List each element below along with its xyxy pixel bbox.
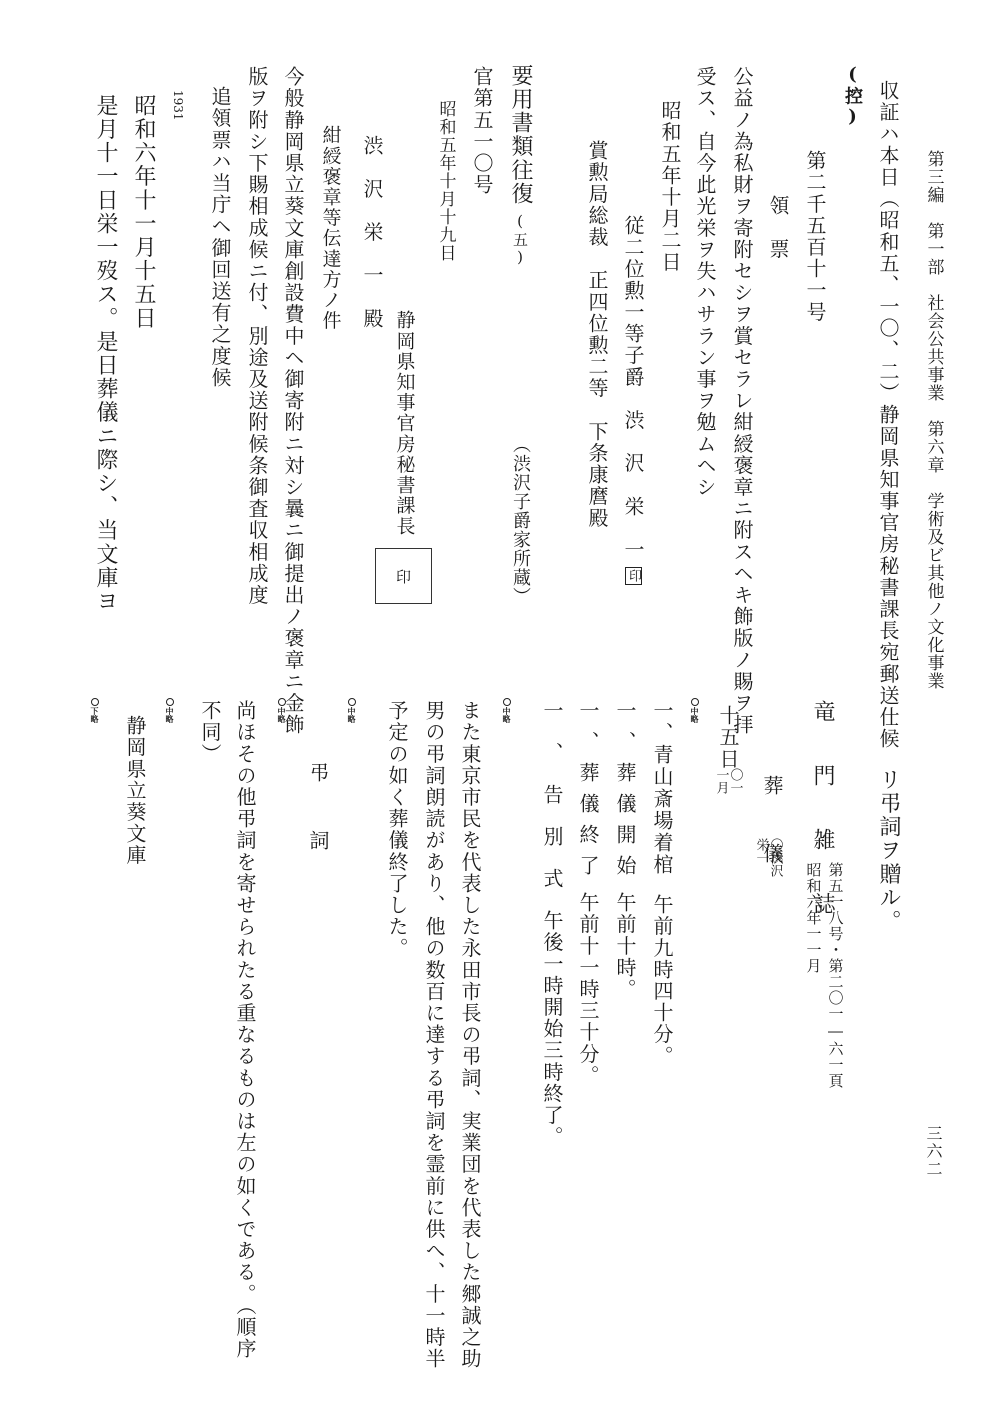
seal-stamp-icon: 印 bbox=[625, 567, 642, 586]
letter-addressee: 渋 沢 栄 一 殿 bbox=[362, 135, 382, 329]
circle-icon bbox=[691, 698, 699, 706]
omission-mark-end: 下略 bbox=[91, 698, 99, 723]
report-body-line: 男の弔詞朗読があり、他の数百に達する弔詞を霊前に供へ、十一時半 bbox=[424, 700, 444, 1370]
running-head: 第三編 第一部 社会公共事業 第六章 学術及ビ其他ノ文化事業 bbox=[925, 150, 942, 690]
funeral-note-right: 〇渋沢 bbox=[769, 838, 782, 877]
letter-subject: 紺綬褒章等伝達方ノ件 bbox=[321, 125, 340, 331]
omission-mark: 中略 bbox=[691, 698, 699, 723]
entry-text-continued: リ弔詞ヲ贈ル。 bbox=[877, 768, 899, 933]
schedule-item: 一、告別式 bbox=[540, 700, 564, 910]
page-number: 三六二 bbox=[925, 1125, 941, 1178]
omission-mark: 中略 bbox=[348, 698, 356, 723]
day-label: 十五日 bbox=[718, 705, 738, 770]
circle-icon bbox=[348, 698, 356, 706]
copy-mark: (控) bbox=[843, 64, 861, 129]
circle-icon bbox=[166, 698, 174, 706]
source-volume: (五) bbox=[511, 212, 529, 268]
schedule-row: 一、告別式午後一時開始三時終了。 bbox=[542, 700, 562, 1148]
condolence-note-line: 不同） bbox=[200, 700, 220, 765]
year-note: 1931 bbox=[172, 90, 184, 121]
report-body-line: 予定の如く葬儀終了した。 bbox=[387, 700, 407, 959]
schedule-item: 一、葬儀開始 bbox=[613, 700, 637, 886]
day-note-right: 〇一 bbox=[729, 768, 742, 794]
source-holder: （渋沢子爵家所蔵） bbox=[511, 435, 529, 606]
schedule-row: 一、葬儀終了午前十一時三十分。 bbox=[578, 700, 598, 1086]
circle-icon bbox=[278, 698, 286, 706]
seal-box: 印 bbox=[375, 548, 432, 604]
receipt-title: 領 票 bbox=[768, 195, 788, 260]
funeral-note: 〇渋沢 栄一 bbox=[755, 838, 782, 877]
receipt-date: 昭和五年十月二日 bbox=[660, 100, 680, 273]
schedule-row: 一、青山斎場着棺午前九時四十分。 bbox=[652, 700, 672, 1067]
omission-mark: 中略 bbox=[503, 698, 511, 723]
receipt-number: 第二千五百十一号 bbox=[805, 150, 825, 323]
schedule-item: 一、青山斎場着棺 bbox=[650, 700, 674, 876]
letter-body-line: 今般静岡県立葵文庫創設費中ヘ御寄附ニ対シ曩ニ御提出ノ褒章ニ金飾 bbox=[283, 66, 303, 736]
schedule-time: 午後一時開始三時終了。 bbox=[540, 910, 564, 1148]
source-title: 要用書類往復 bbox=[508, 64, 533, 206]
schedule-time: 午前九時四十分。 bbox=[650, 894, 674, 1067]
journal-date: 昭和六年一一月 bbox=[806, 862, 821, 974]
funeral-note-left: 栄一 bbox=[755, 838, 768, 877]
signer-line: 従二位勲一等子爵 渋 沢 栄 一印 bbox=[623, 215, 643, 585]
omission-mark: 中略 bbox=[166, 698, 174, 723]
signer-name: 従二位勲一等子爵 渋 沢 栄 一 bbox=[621, 215, 645, 561]
schedule-row: 一、葬儀開始午前十時。 bbox=[615, 700, 635, 1000]
letter-body-line: 追領票ハ当庁ヘ御回送有之度候 bbox=[210, 86, 230, 388]
report-body-line: また東京市民を代表した永田市長の弔詞、実業団を代表した郷誠之助 bbox=[460, 700, 480, 1370]
sender-name: 静岡県立葵文庫 bbox=[125, 715, 145, 866]
schedule-time: 午前十時。 bbox=[613, 892, 637, 1000]
letter-sender: 静岡県知事官房秘書課長 bbox=[395, 310, 414, 537]
circle-icon bbox=[91, 698, 99, 706]
receipt-addressee: 賞勲局総裁 正四位勲二等 下条康麿殿 bbox=[587, 140, 607, 529]
letter-number: 官第五一〇号 bbox=[472, 66, 492, 196]
sent-note: 収証ハ本日（昭和五、一〇、二）静岡県知事官房秘書課長宛郵送仕候 bbox=[878, 80, 898, 750]
condolence-note-line: 尚ほその他弔詞を寄せられたる重なるものは左の如くである。（順序 bbox=[235, 700, 255, 1360]
omission-mark: 中略 bbox=[278, 698, 286, 723]
schedule-item: 一、葬儀終了 bbox=[576, 700, 600, 886]
entry-date: 昭和六年十一月十五日 bbox=[132, 94, 154, 330]
day-note-left: 一月 bbox=[715, 768, 728, 794]
circle-icon bbox=[503, 698, 511, 706]
section-condolences: 弔 詞 bbox=[308, 762, 328, 864]
letter-body-line: 版ヲ附シ下賜相成候ニ付、別途及送附候条御査収相成度 bbox=[247, 66, 267, 606]
entry-text: 是月十一日栄一歿ス。是日葬儀ニ際シ、当文庫ヨ bbox=[94, 94, 116, 613]
receipt-body-line: 公益ノ為私財ヲ寄附セシヲ賞セラレ紺綬褒章ニ附スヘキ飾版ノ賜ヲ拝 bbox=[732, 66, 752, 736]
journal-issue: 第五一八号・第二〇一―六一頁 bbox=[828, 862, 843, 1089]
letter-date: 昭和五年十月十九日 bbox=[437, 100, 454, 262]
receipt-body-line: 受ス、自今此光栄ヲ失ハサラン事ヲ勉ムヘシ bbox=[695, 66, 715, 498]
day-note: 〇一 一月 bbox=[715, 768, 742, 794]
schedule-time: 午前十一時三十分。 bbox=[576, 892, 600, 1086]
source-title-line: 要用書類往復(五) bbox=[509, 64, 531, 267]
